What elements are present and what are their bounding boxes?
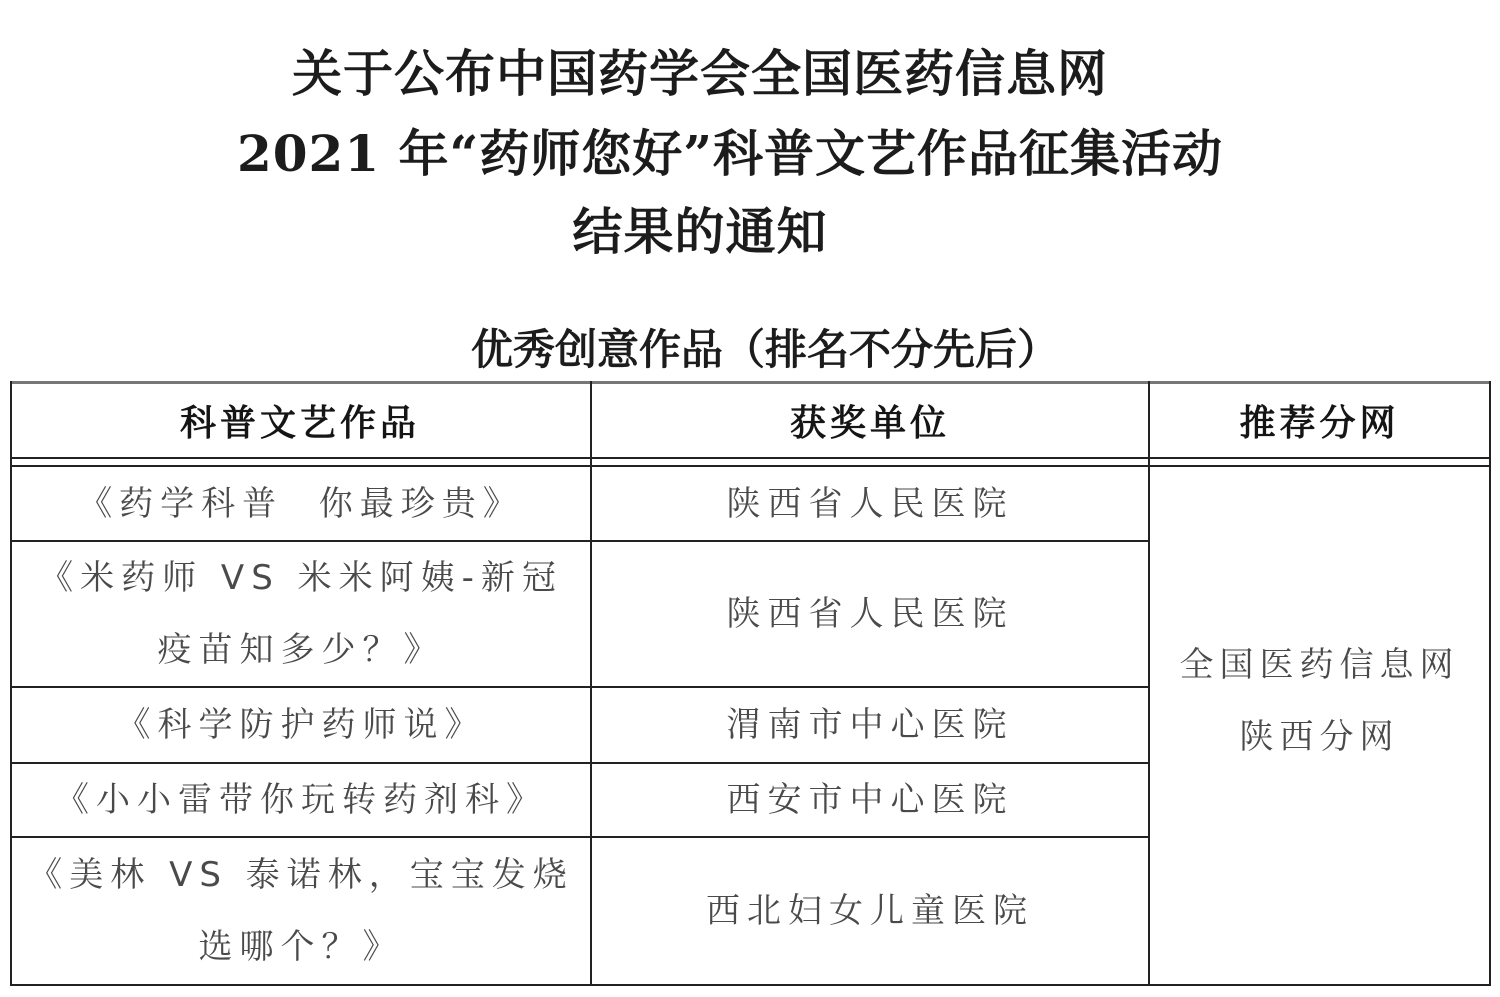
network-line-1: 全国医药信息网 [1180, 629, 1460, 701]
document-title-line-1: 关于公布中国药学会全国医药信息网 [0, 42, 1450, 106]
document-title-line-3: 结果的通知 [0, 200, 1450, 264]
document-title-line-2: 2021 年“药师您好”科普文艺作品征集活动 [0, 122, 1480, 186]
header-work: 科普文艺作品 [10, 384, 590, 457]
table-row-2-unit: 陕西省人民医院 [592, 542, 1148, 686]
table-row-2-work: 《米药师 VS 米米阿姨-新冠 疫苗知多少？》 [12, 542, 590, 686]
table-row-5-unit: 西北妇女儿童医院 [592, 838, 1148, 984]
work-title-line-2: 选哪个？》 [199, 911, 404, 983]
header-work-label: 科普文艺作品 [180, 395, 420, 446]
award-unit: 西北妇女儿童医院 [706, 875, 1034, 947]
section-heading: 优秀创意作品（排名不分先后） [0, 322, 1500, 378]
table-bottom-border [10, 984, 1491, 986]
header-unit-label: 获奖单位 [790, 395, 950, 446]
award-unit: 西安市中心医院 [727, 764, 1014, 836]
table-row-5-work: 《美林 VS 泰诺林，宝宝发烧 选哪个？》 [12, 838, 590, 984]
table-row-3-unit: 渭南市中心医院 [592, 688, 1148, 762]
award-unit: 渭南市中心医院 [727, 689, 1014, 761]
recommending-network-cell: 全国医药信息网 陕西分网 [1150, 467, 1489, 984]
table-row-4-work: 《小小雷带你玩转药剂科》 [12, 764, 590, 836]
network-line-2: 陕西分网 [1240, 701, 1400, 773]
header-network-label: 推荐分网 [1239, 395, 1399, 446]
work-title: 《科学防护药师说》 [117, 689, 486, 761]
award-unit: 陕西省人民医院 [727, 578, 1014, 650]
work-title: 《小小雷带你玩转药剂科》 [55, 764, 547, 836]
table-row-4-unit: 西安市中心医院 [592, 764, 1148, 836]
work-title: 《药学科普 你最珍贵》 [78, 468, 524, 540]
header-network: 推荐分网 [1150, 384, 1489, 457]
right-border [1489, 381, 1491, 986]
table-row-1-unit: 陕西省人民医院 [592, 467, 1148, 540]
work-title-line-1: 《米药师 VS 米米阿姨-新冠 [39, 542, 563, 614]
header-unit: 获奖单位 [592, 384, 1148, 457]
award-unit: 陕西省人民医院 [727, 468, 1014, 540]
header-bottom-border [10, 457, 1491, 459]
table-row-1-work: 《药学科普 你最珍贵》 [12, 467, 590, 540]
work-title-line-2: 疫苗知多少？》 [158, 614, 445, 686]
table-row-3-work: 《科学防护药师说》 [12, 688, 590, 762]
work-title-line-1: 《美林 VS 泰诺林，宝宝发烧 [28, 839, 573, 911]
